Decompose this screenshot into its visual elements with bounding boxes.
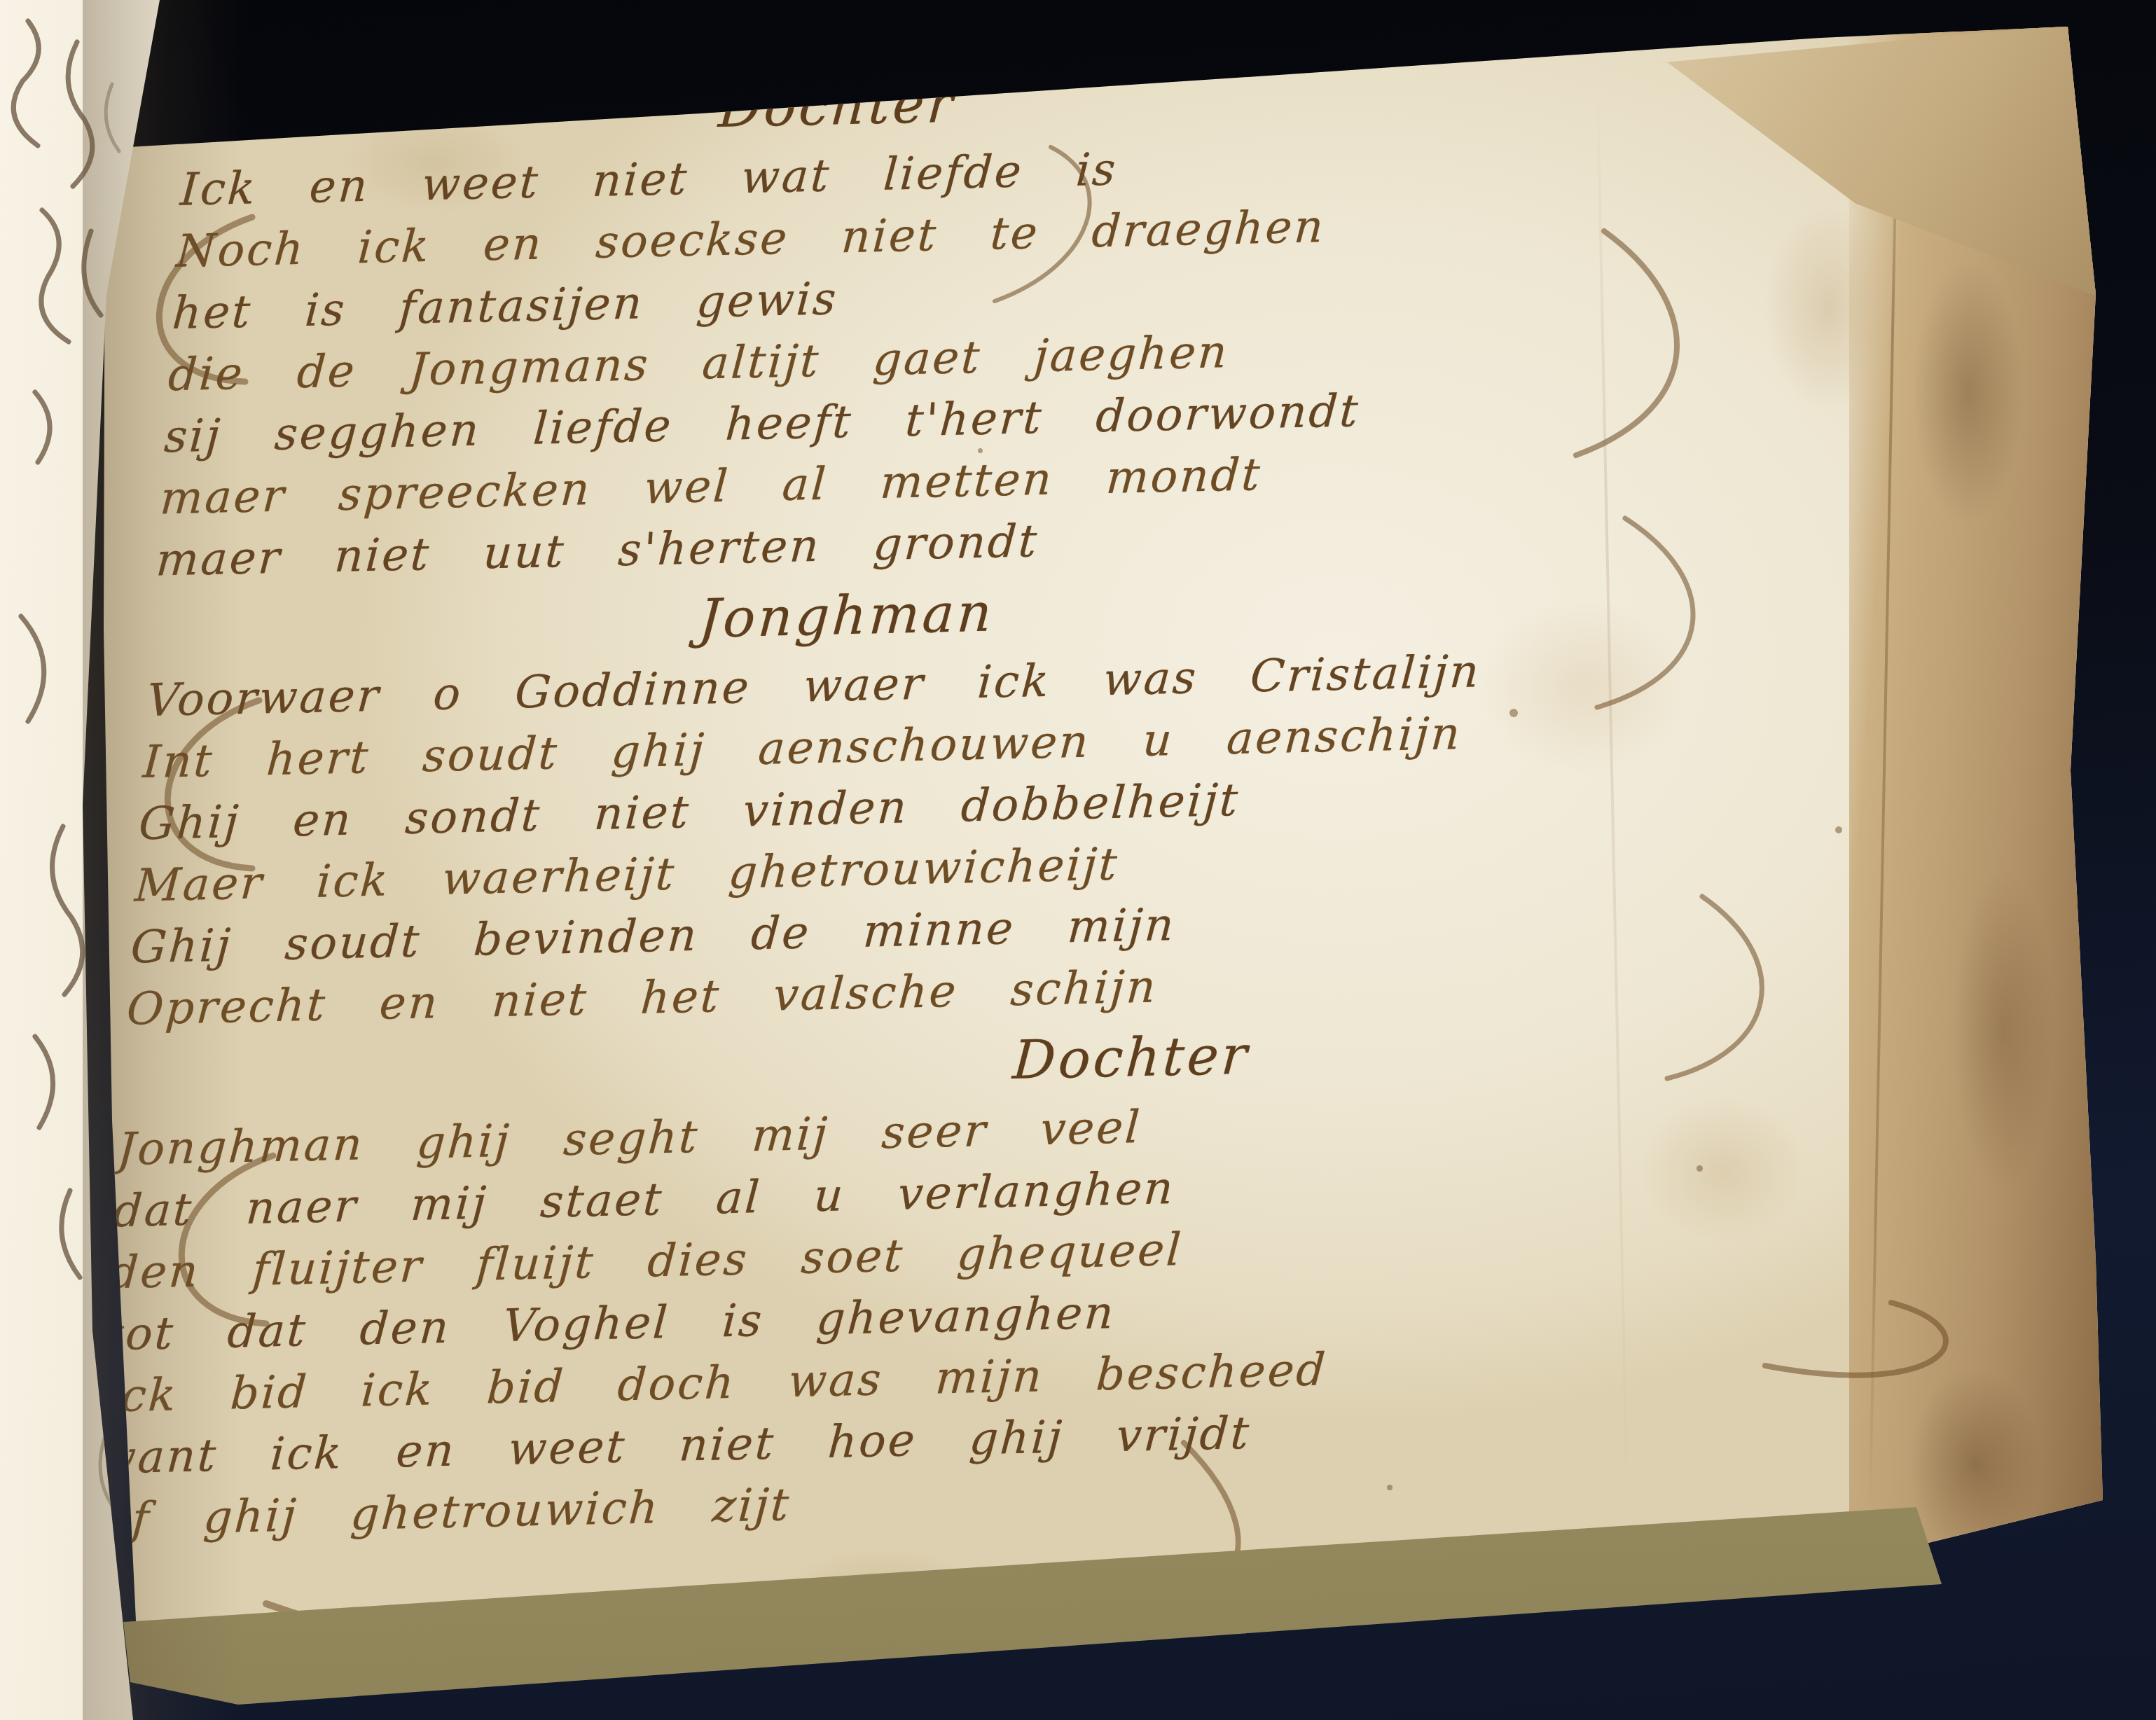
vellum-stain xyxy=(1933,805,2073,1254)
manuscript-photo: Dochter Ick en weet niet wat liefde is N… xyxy=(0,0,2156,1720)
ink-speck xyxy=(1835,826,1842,833)
manuscript-page: Dochter Ick en weet niet wat liefde is N… xyxy=(0,0,2156,1720)
handwritten-text-block: Dochter Ick en weet niet wat liefde is N… xyxy=(8,44,1870,1553)
